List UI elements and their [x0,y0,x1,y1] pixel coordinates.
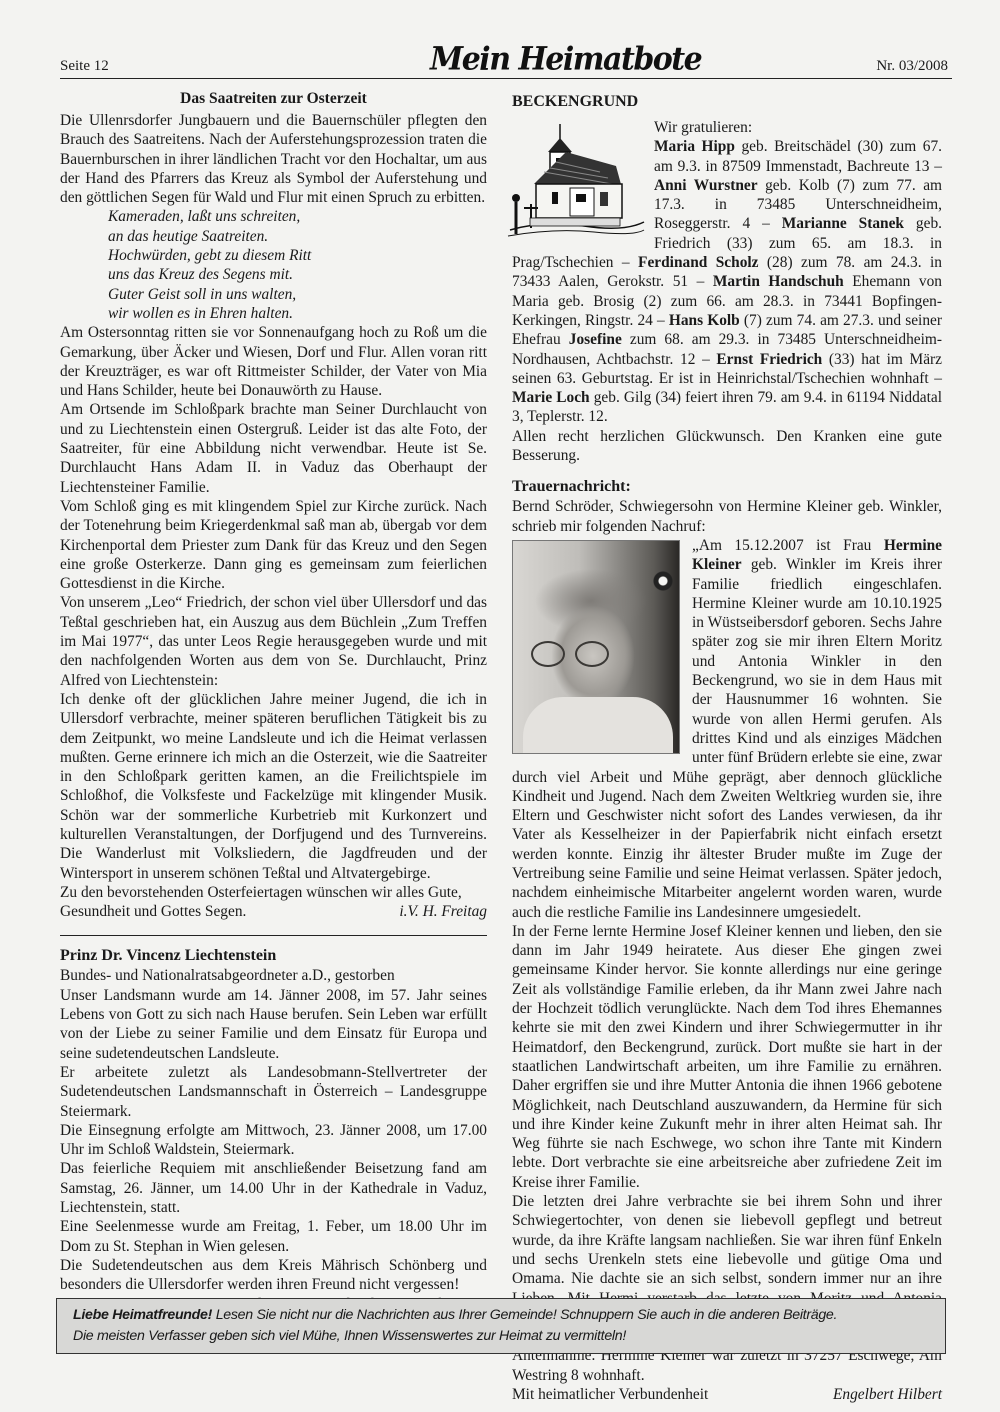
signature-row: Gesundheit und Gottes Segen. i.V. H. Fre… [60,902,487,921]
page-header: Seite 12 Mein Heimatbote Nr. 03/2008 [60,44,952,79]
article-divider [60,935,487,936]
person-name: Ernst Friedrich [716,351,822,368]
quote-text: „Am 15.12.2007 ist Frau [692,537,884,554]
paragraph: Von unserem „Leo“ Friedrich, der schon v… [60,593,487,689]
paragraph: Ich denke oft der glücklichen Jahre mein… [60,690,487,883]
person-name: Hans Kolb [669,312,740,329]
closing: Allen recht herzlichen Glückwunsch. Den … [512,427,942,466]
issue-number: Nr. 03/2008 [876,58,948,75]
poem-line: wir wollen es in Ehren halten. [108,304,487,323]
article-saatreiten: Das Saatreiten zur Osterzeit Die Ullenrs… [60,90,487,921]
signature-row: Mit heimatlicher Verbundenheit Engelbert… [512,1385,942,1404]
article-trauernachricht: Trauernachricht: Bernd Schröder, Schwieg… [512,477,942,1404]
masthead-logo: Mein Heimatbote [430,41,701,78]
paragraph: Vom Schloß ging es mit klingendem Spiel … [60,497,487,593]
left-column: Das Saatreiten zur Osterzeit Die Ullenrs… [60,90,487,1352]
church-illustration-icon [504,122,646,244]
page-number: Seite 12 [60,58,109,75]
photo-collar [523,697,673,753]
paragraph: Die Ullenrsdorfer Jungbauern und die Bau… [60,111,487,207]
person-name: Marianne Stanek [782,215,904,232]
section-title: Trauernachricht: [512,477,942,497]
person-name: Anni Wurstner [654,177,758,194]
paragraph: Er arbeitete zuletzt als Landesobmann-St… [60,1063,487,1121]
newspaper-page: Seite 12 Mein Heimatbote Nr. 03/2008 Das… [0,0,1000,1412]
notice-line: Liebe Heimatfreunde! Lesen Sie nicht nur… [73,1305,945,1326]
poem-line: Kameraden, laßt uns schreiten, [108,207,487,226]
notice-lead: Liebe Heimatfreunde! [73,1307,212,1323]
article-title: Prinz Dr. Vincenz Liechtenstein [60,946,487,966]
article-vincenz: Prinz Dr. Vincenz Liechtenstein Bundes- … [60,946,487,1352]
photo-glasses [531,641,565,667]
poem-line: Hochwürden, gebt zu diesem Ritt [108,246,487,265]
intro: Bernd Schröder, Schwiegersohn von Hermin… [512,497,942,536]
paragraph: Am Ostersonntag ritten sie vor Sonnenauf… [60,323,487,400]
person-name: Martin Handschuh [713,273,844,290]
section-title: BECKENGRUND [512,92,942,112]
notice-line: Die meisten Verfasser geben sich viel Mü… [73,1326,945,1347]
photo-glasses [575,641,609,667]
article-beckengrund: BECKENGRUND Wir gratulieren [512,92,942,465]
person-name: Marie Loch [512,389,590,406]
person-name: Josefine [569,331,622,348]
author-signature: Engelbert Hilbert [833,1385,942,1404]
paragraph: Das feierliche Requiem mit anschließende… [60,1159,487,1217]
poem-line: Guter Geist soll in uns walten, [108,285,487,304]
subtitle: Bundes- und Nationalratsabgeordneter a.D… [60,966,487,985]
right-column: BECKENGRUND Wir gratulieren [512,90,942,1404]
poem-line: an das heutige Saatreiten. [108,227,487,246]
person-name: Maria Hipp [654,138,735,155]
closing-text: Mit heimatlicher Verbundenheit [512,1385,708,1404]
portrait-photo [512,540,680,754]
reader-notice-box: Liebe Heimatfreunde! Lesen Sie nicht nur… [56,1298,946,1354]
notice-text: Lesen Sie nicht nur die Nachrichten aus … [212,1307,837,1323]
closing-text: Gesundheit und Gottes Segen. [60,902,246,921]
paragraph: Zu den bevorstehenden Osterfeiertagen wü… [60,883,487,902]
poem: Kameraden, laßt uns schreiten, an das he… [108,207,487,323]
paragraph: Eine Seelenmesse wurde am Freitag, 1. Fe… [60,1217,487,1256]
poem-line: uns das Kreuz des Segens mit. [108,265,487,284]
paragraph: In der Ferne lernte Hermine Josef Kleine… [512,922,942,1192]
article-title: Das Saatreiten zur Osterzeit [60,90,487,108]
paragraph: Am Ortsende im Schloßpark brachte man Se… [60,400,487,496]
paragraph: Die Sudetendeutschen aus dem Kreis Mähri… [60,1256,487,1295]
paragraph: Unser Landsmann wurde am 14. Jänner 2008… [60,986,487,1063]
paragraph: Die Einsegnung erfolgte am Mittwoch, 23.… [60,1121,487,1160]
person-name: Ferdinand Scholz [638,254,758,271]
author-signature: i.V. H. Freitag [399,902,487,921]
